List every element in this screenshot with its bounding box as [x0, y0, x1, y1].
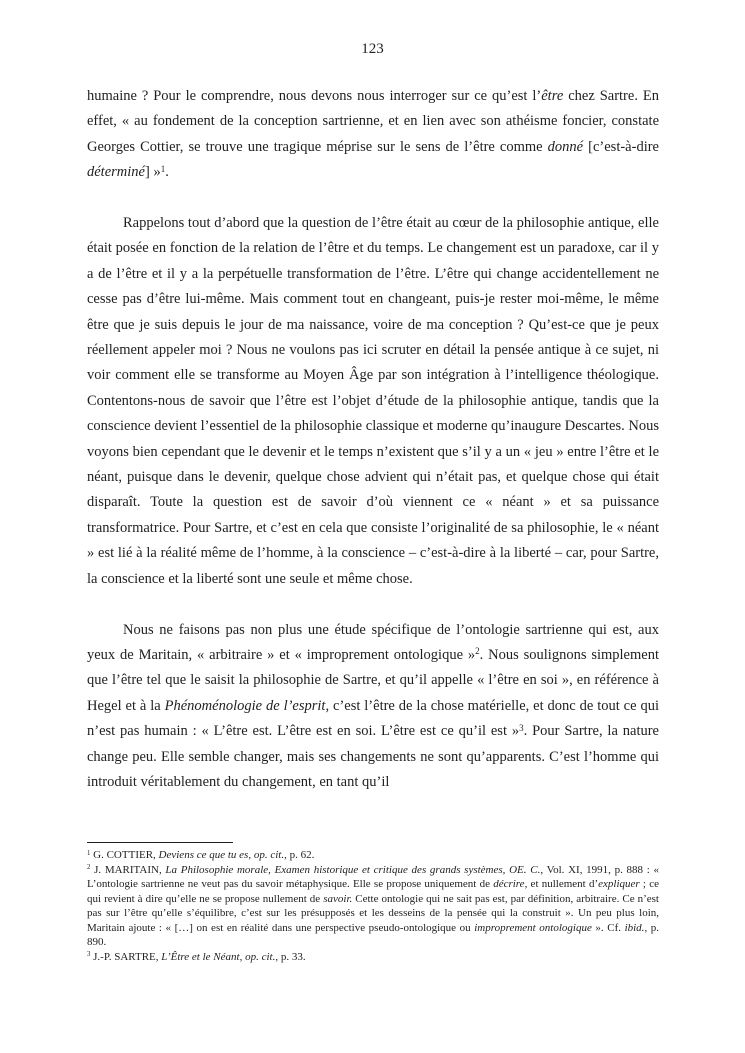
- footnote-3: 3 J.-P. SARTRE, L’Être et le Néant, op. …: [87, 950, 659, 965]
- document-page: 123 humaine ? Pour le comprendre, nous d…: [0, 0, 745, 1053]
- footnotes-section: 1 G. COTTIER, Deviens ce que tu es, op. …: [87, 842, 659, 964]
- body-paragraph-1: humaine ? Pour le comprendre, nous devon…: [87, 84, 659, 186]
- page-number: 123: [0, 41, 745, 58]
- body-paragraph-2: Rappelons tout d’abord que la question d…: [87, 211, 659, 592]
- body-paragraph-3: Nous ne faisons pas non plus une étude s…: [87, 618, 659, 796]
- footnote-separator: [87, 842, 233, 843]
- footnote-2: 2 J. MARITAIN, La Philosophie morale, Ex…: [87, 863, 659, 950]
- footnote-1: 1 G. COTTIER, Deviens ce que tu es, op. …: [87, 848, 659, 863]
- body-text: humaine ? Pour le comprendre, nous devon…: [87, 84, 659, 795]
